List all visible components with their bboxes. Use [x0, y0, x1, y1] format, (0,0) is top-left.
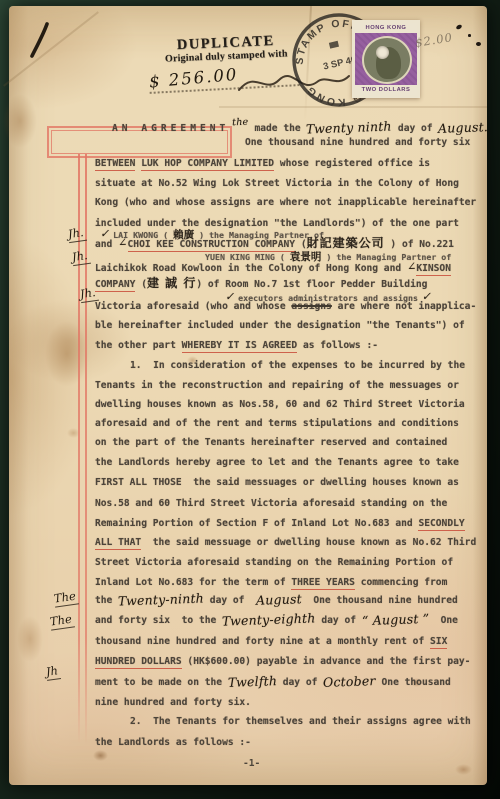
- document-line: Nos.58 and 60 Third Street Victoria afor…: [95, 498, 447, 509]
- scan-backdrop: { "scan": { "pen_mark": "/", "duplicate_…: [0, 0, 500, 799]
- typed-text: One thousand nine hundred and forty six: [245, 137, 470, 148]
- handwritten-text: Twenty-ninth: [118, 593, 204, 607]
- typed-text: ment to be made on the: [95, 677, 228, 688]
- typed-text: One thousand nine hundred: [302, 595, 458, 606]
- red-underlined-text: THREE YEARS: [291, 577, 355, 590]
- margin-initials: Jh.: [79, 285, 99, 303]
- typed-text: Remaining Portion of Section F of Inland…: [95, 518, 418, 529]
- document-line: the Landlords hereby agree to let and th…: [95, 457, 459, 468]
- typed-text: dwelling houses known as Nos.58, 60 and …: [95, 399, 465, 410]
- document-line: dwelling houses known as Nos.58, 60 and …: [95, 399, 465, 410]
- handwritten-text: Twenty-eighth: [222, 612, 316, 626]
- handwritten-amount: $ 256.00: [148, 65, 239, 92]
- red-underlined-text: LUK HOP COMPANY LIMITED: [141, 158, 274, 171]
- typed-text: the said messuage or dwelling house know…: [141, 537, 476, 548]
- ink-blot: [455, 24, 462, 30]
- handwritten-text: August.: [438, 121, 488, 134]
- typed-text: Laichikok Road Kowloon in the Colony of …: [95, 263, 407, 274]
- document-line: 2. The Tenants for themselves and their …: [130, 716, 471, 727]
- typed-text: thousand nine hundred and forty nine at …: [95, 636, 430, 647]
- typed-text: on the part of the Tenants hereinafter r…: [95, 437, 447, 448]
- margin-initials: Jh.: [71, 248, 91, 266]
- paper-crease: [3, 11, 99, 86]
- stamp-vignette: [355, 35, 417, 83]
- document-line: thousand nine hundred and forty nine at …: [95, 636, 447, 647]
- red-underlined-text: SIX: [430, 636, 447, 649]
- document-line: aforesaid and of the rent and terms stip…: [95, 418, 459, 429]
- margin-initials: Jh.: [67, 225, 87, 243]
- document-line: the Twenty-ninth day of August One thous…: [95, 594, 458, 606]
- document-line: Street Victoria aforesaid standing on th…: [95, 557, 453, 568]
- handwritten-text: Twelfth: [228, 675, 277, 688]
- typed-text: the other part: [95, 340, 182, 351]
- red-underlined-text: BETWEEN: [95, 158, 135, 171]
- handwritten-text: August: [256, 593, 302, 606]
- chinese-characters: 建 誠 行: [147, 276, 196, 290]
- typed-text: as follows :-: [297, 340, 378, 351]
- typed-text: day of: [204, 595, 256, 606]
- document-line: the other part WHEREBY IT IS AGREED as f…: [95, 340, 378, 351]
- document-line: on the part of the Tenants hereinafter r…: [95, 437, 447, 448]
- red-underlined-text: COMPANY: [95, 279, 135, 292]
- handwritten-text: October: [323, 675, 376, 688]
- margin-initials: Jh: [45, 663, 61, 681]
- document-line: Tenants in the reconstruction and repair…: [95, 380, 459, 391]
- typed-text: FIRST ALL THOSE the said messuages or dw…: [95, 477, 459, 488]
- typed-text: (: [135, 279, 147, 290]
- typed-text: Nos.58 and 60 Third Street Victoria afor…: [95, 498, 447, 509]
- ink-blot: [476, 42, 481, 46]
- paper-stain: [17, 616, 43, 662]
- typed-text: the Landlords as follows :-: [95, 737, 251, 748]
- red-underlined-text: HUNDRED DOLLARS: [95, 656, 182, 669]
- document-line: Remaining Portion of Section F of Inland…: [95, 518, 465, 529]
- pencil-price-note: $2.00: [414, 30, 454, 50]
- document-line: Laichikok Road Kowloon in the Colony of …: [95, 261, 451, 274]
- document-line: COMPANY (建 誠 行) of Room No.7 1st floor P…: [95, 278, 427, 290]
- typed-text: whose registered office is: [274, 158, 430, 169]
- typed-text: day of: [392, 123, 438, 134]
- stamp-country-label: HONG KONG: [355, 23, 417, 33]
- red-margin-rule: [85, 154, 87, 744]
- typed-text: commencing from: [355, 577, 447, 588]
- document-line: HUNDRED DOLLARS (HK$600.00) payable in a…: [95, 656, 470, 667]
- typed-text: One thousand: [376, 677, 451, 688]
- typed-text: ) of No.221: [385, 239, 454, 250]
- red-underlined-text: KINSON: [416, 263, 451, 276]
- document-line: and forty six to the Twenty-eighth day o…: [95, 614, 458, 626]
- margin-initials: The: [49, 611, 75, 630]
- document-page: DUPLICATE Original duly stamped with $ 2…: [9, 6, 487, 785]
- document-line: Kong (who and whose assigns are where no…: [95, 197, 476, 208]
- revenue-stamp: HONG KONG TWO DOLLARS: [352, 20, 420, 98]
- pen-mark: [25, 20, 51, 60]
- document-line: and ∠CHOI KEE CONSTRUCTION COMPANY (財記建築…: [95, 237, 454, 250]
- typed-text: 2. The Tenants for themselves and their …: [130, 716, 471, 727]
- punch-hole: [376, 46, 389, 59]
- typed-text: day of: [277, 677, 323, 688]
- typed-text: aforesaid and of the rent and terms stip…: [95, 418, 459, 429]
- document-line: FIRST ALL THOSE the said messuages or dw…: [95, 477, 459, 488]
- typed-text: made the: [249, 123, 307, 134]
- paper-stain: [93, 750, 108, 761]
- document-line: nine hundred and forty six.: [95, 697, 251, 708]
- red-margin-rule: [78, 154, 80, 744]
- document-line: AN AGREEMENT the made the Twenty ninth d…: [112, 117, 488, 134]
- typed-text: Kong (who and whose assigns are where no…: [95, 197, 476, 208]
- typed-text: day of: [316, 615, 362, 626]
- document-line: ment to be made on the Twelfth day of Oc…: [95, 676, 451, 688]
- typed-text: Inland Lot No.683 for the term of: [95, 577, 291, 588]
- stamp-denomination-label: TWO DOLLARS: [355, 85, 417, 95]
- struck-out-text: assigns: [291, 301, 331, 312]
- document-line: BETWEEN LUK HOP COMPANY LIMITED whose re…: [95, 158, 430, 169]
- document-line: 1. In consideration of the expenses to b…: [130, 360, 465, 371]
- typed-text: ble hereinafter included under the desig…: [95, 320, 465, 331]
- document-line: One thousand nine hundred and forty six: [245, 137, 470, 148]
- typed-text: One: [429, 615, 458, 626]
- typed-text: are where not inapplica-: [332, 301, 476, 312]
- red-underlined-text: ALL THAT: [95, 537, 141, 550]
- red-underlined-text: WHEREBY IT IS AGREED: [182, 340, 298, 353]
- document-line: ALL THAT the said messuage or dwelling h…: [95, 537, 476, 548]
- red-underlined-text: SECONDLY: [418, 518, 464, 531]
- paper-stain: [455, 764, 472, 775]
- chinese-characters: 財記建築公司: [307, 236, 385, 250]
- typed-text: Victoria aforesaid (who and whose: [95, 301, 291, 312]
- typed-text: Street Victoria aforesaid standing on th…: [95, 557, 453, 568]
- document-line: Inland Lot No.683 for the term of THREE …: [95, 577, 447, 588]
- document-line: Victoria aforesaid (who and whose assign…: [95, 301, 476, 312]
- typed-text: the: [95, 595, 118, 606]
- paper-stain: [3, 94, 37, 148]
- typed-heading: AN AGREEMENT: [112, 123, 229, 134]
- typed-text: ) of Room No.7 1st floor Pedder Building: [196, 279, 427, 290]
- typed-text: the Landlords hereby agree to let and th…: [95, 457, 459, 468]
- document-line: situate at No.52 Wing Lok Street Victori…: [95, 178, 459, 189]
- handwritten-text: “ August ”: [362, 613, 430, 626]
- margin-initials: The: [53, 588, 79, 607]
- document-line: the Landlords as follows :-: [95, 737, 251, 748]
- ink-blot: [468, 34, 471, 37]
- handwritten-insert: the: [229, 117, 249, 129]
- typed-text: and: [95, 239, 118, 250]
- typed-text: (: [295, 239, 307, 250]
- typed-text: 1. In consideration of the expenses to b…: [130, 360, 465, 371]
- handwritten-caret: ∠: [407, 261, 417, 272]
- typed-text: (HK$600.00) payable in advance and the f…: [182, 656, 471, 667]
- handwritten-text: Twenty ninth: [306, 121, 392, 135]
- red-underlined-text: CHOI KEE CONSTRUCTION COMPANY: [128, 239, 296, 252]
- typed-text: nine hundred and forty six.: [95, 697, 251, 708]
- page-number: -1-: [243, 758, 260, 769]
- document-line: ble hereinafter included under the desig…: [95, 320, 465, 331]
- typed-text: and forty six to the: [95, 615, 222, 626]
- typed-text: situate at No.52 Wing Lok Street Victori…: [95, 178, 459, 189]
- handwritten-caret: ∠: [118, 237, 128, 248]
- paper-stain: [45, 321, 89, 387]
- typed-text: Tenants in the reconstruction and repair…: [95, 380, 459, 391]
